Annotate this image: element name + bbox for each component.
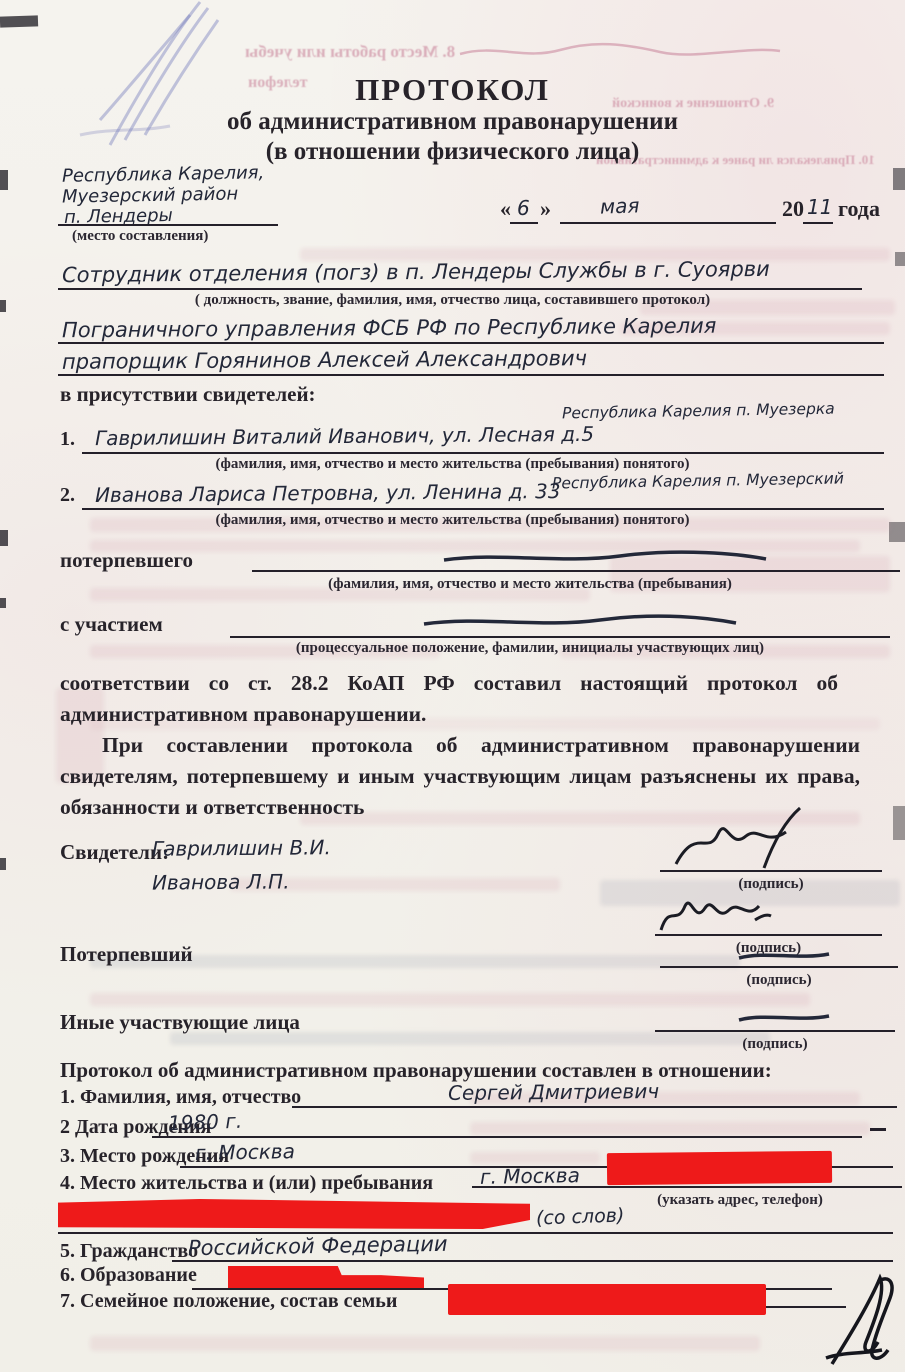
subject-f1-label: 1. Фамилия, имя, отчество (60, 1086, 301, 1109)
subject-f1-value: Сергей Дмитриевич (448, 1079, 659, 1105)
bleedthrough-text: 8. Место работы или учебы (245, 42, 455, 62)
subject-f2-dash (870, 1128, 886, 1131)
scan-artifact (895, 252, 905, 266)
date-year-prefix: 20 (782, 196, 804, 222)
scan-artifact (893, 168, 905, 190)
witness2-caption: (фамилия, имя, отчество и место жительст… (0, 512, 905, 529)
redaction-bar-main (58, 1199, 530, 1229)
bleedthrough-scribble (455, 38, 785, 64)
others-dash (735, 1010, 835, 1026)
participants-field-label: с участием (60, 612, 163, 637)
date-quote-open: « (500, 196, 511, 222)
subject-f4-value: г. Москва (480, 1163, 580, 1189)
from-words-note: (со слов) (536, 1204, 625, 1229)
subject-signature (822, 1272, 904, 1370)
scan-artifact (0, 530, 8, 546)
scan-artifact (0, 170, 8, 190)
bleed-strip (470, 1122, 870, 1135)
participants-field-line (230, 636, 890, 638)
witness2-name-address: Иванова Лариса Петровна, ул. Ленина д. 3… (95, 479, 561, 507)
witness2-signature (655, 886, 775, 936)
victim-signature-line (660, 966, 898, 968)
witness1-name-address: Гаврилишин Виталий Иванович, ул. Лесная … (95, 422, 594, 450)
place-underline (58, 224, 278, 226)
participants-field-caption: (процессуальное положение, фамилии, иниц… (250, 640, 810, 657)
body-paragraph-1: соответствии со ст. 28.2 КоАП РФ состави… (60, 668, 838, 730)
scan-artifact (0, 858, 6, 870)
victim-field-line (252, 570, 900, 572)
scan-artifact (0, 598, 6, 608)
document-subtitle-2: (в отношении физического лица) (0, 138, 905, 166)
witness1-signature (668, 806, 808, 872)
date-year-suffix: 11 (807, 195, 832, 219)
subject-f5-value: Российской Федерации (188, 1232, 448, 1261)
others-signature-caption: (подпись) (655, 1036, 895, 1053)
officer-line-1: Сотрудник отделения (погз) в п. Лендеры … (62, 257, 770, 287)
document-subtitle-1: об административном правонарушении (0, 108, 905, 136)
subject-f4-label: 4. Место жительства и (или) пребывания (60, 1172, 433, 1195)
subject-f2-line (152, 1136, 862, 1138)
bleed-strip (470, 1152, 600, 1164)
officer-caption: ( должность, звание, фамилия, имя, отчес… (0, 292, 905, 309)
victim-label: Потерпевший (60, 942, 193, 967)
participants-field-strike (420, 612, 740, 632)
date-month: мая (600, 193, 640, 218)
scan-artifact (0, 15, 38, 27)
others-signature-line (655, 1030, 895, 1032)
witnesses-heading: в присутствии свидетелей: (60, 382, 316, 407)
witness2-signature-name: Иванова Л.П. (152, 869, 290, 894)
date-year-underline (803, 222, 833, 224)
victim-signature-caption: (подпись) (660, 972, 898, 989)
subject-f1-line (292, 1106, 897, 1108)
document-title: ПРОТОКОЛ (0, 72, 905, 108)
subject-f6-label: 6. Образование (60, 1264, 197, 1287)
officer-underline-2 (58, 342, 884, 344)
witness2-underline (82, 508, 884, 510)
redaction-bar-education (228, 1266, 424, 1290)
date-suffix: года (838, 196, 880, 222)
victim-dash (735, 948, 835, 964)
date-quote-close: » (540, 196, 551, 222)
officer-underline-1 (58, 288, 862, 290)
bleed-strip (90, 993, 810, 1006)
subject-f4-line (472, 1186, 902, 1188)
witness1-underline (82, 452, 884, 454)
witness2-number: 2. (60, 484, 75, 507)
date-day: 6 (517, 196, 530, 220)
subject-f3-value: г. Москва (195, 1139, 295, 1165)
subject-heading: Протокол об административном правонаруше… (60, 1058, 772, 1083)
witness2-region: Республика Карелия п. Муезерский (552, 469, 844, 492)
officer-line-2: Пограничного управления ФСБ РФ по Респуб… (62, 314, 717, 343)
witness1-region: Республика Карелия п. Муезерка (562, 400, 835, 423)
date-day-underline (510, 222, 538, 224)
witness1-signature-name: Гаврилишин В.И. (152, 835, 331, 861)
victim-field-label: потерпевшего (60, 548, 193, 573)
scan-artifact (893, 806, 905, 840)
others-label: Иные участвующие лица (60, 1010, 300, 1035)
victim-field-caption: (фамилия, имя, отчество и место жительст… (250, 576, 810, 593)
subject-f7-label: 7. Семейное положение, состав семьи (60, 1290, 397, 1313)
subject-f4-caption: (указать адрес, телефон) (600, 1192, 880, 1209)
bleed-strip (90, 1336, 760, 1351)
witness1-signature-line (660, 870, 882, 872)
place-caption: (место составления) (72, 228, 208, 245)
redaction-bar-family (448, 1284, 766, 1315)
victim-field-strike (440, 548, 770, 568)
officer-line-3: прапорщик Горянинов Алексей Александрови… (62, 346, 587, 374)
officer-underline-3 (58, 374, 884, 376)
date-month-underline (560, 222, 776, 224)
from-words-line (58, 1232, 893, 1234)
scanned-protocol-document: 8. Место работы или учебы телефон 9. Отн… (0, 0, 905, 1372)
redaction-bar-address (607, 1151, 832, 1185)
subject-f5-line (172, 1260, 893, 1262)
place-line-2: Муезерский район (62, 183, 238, 207)
subject-f2-value: 1980 г. (168, 1109, 243, 1136)
witness1-number: 1. (60, 428, 75, 451)
witness2-signature-line (655, 934, 882, 936)
